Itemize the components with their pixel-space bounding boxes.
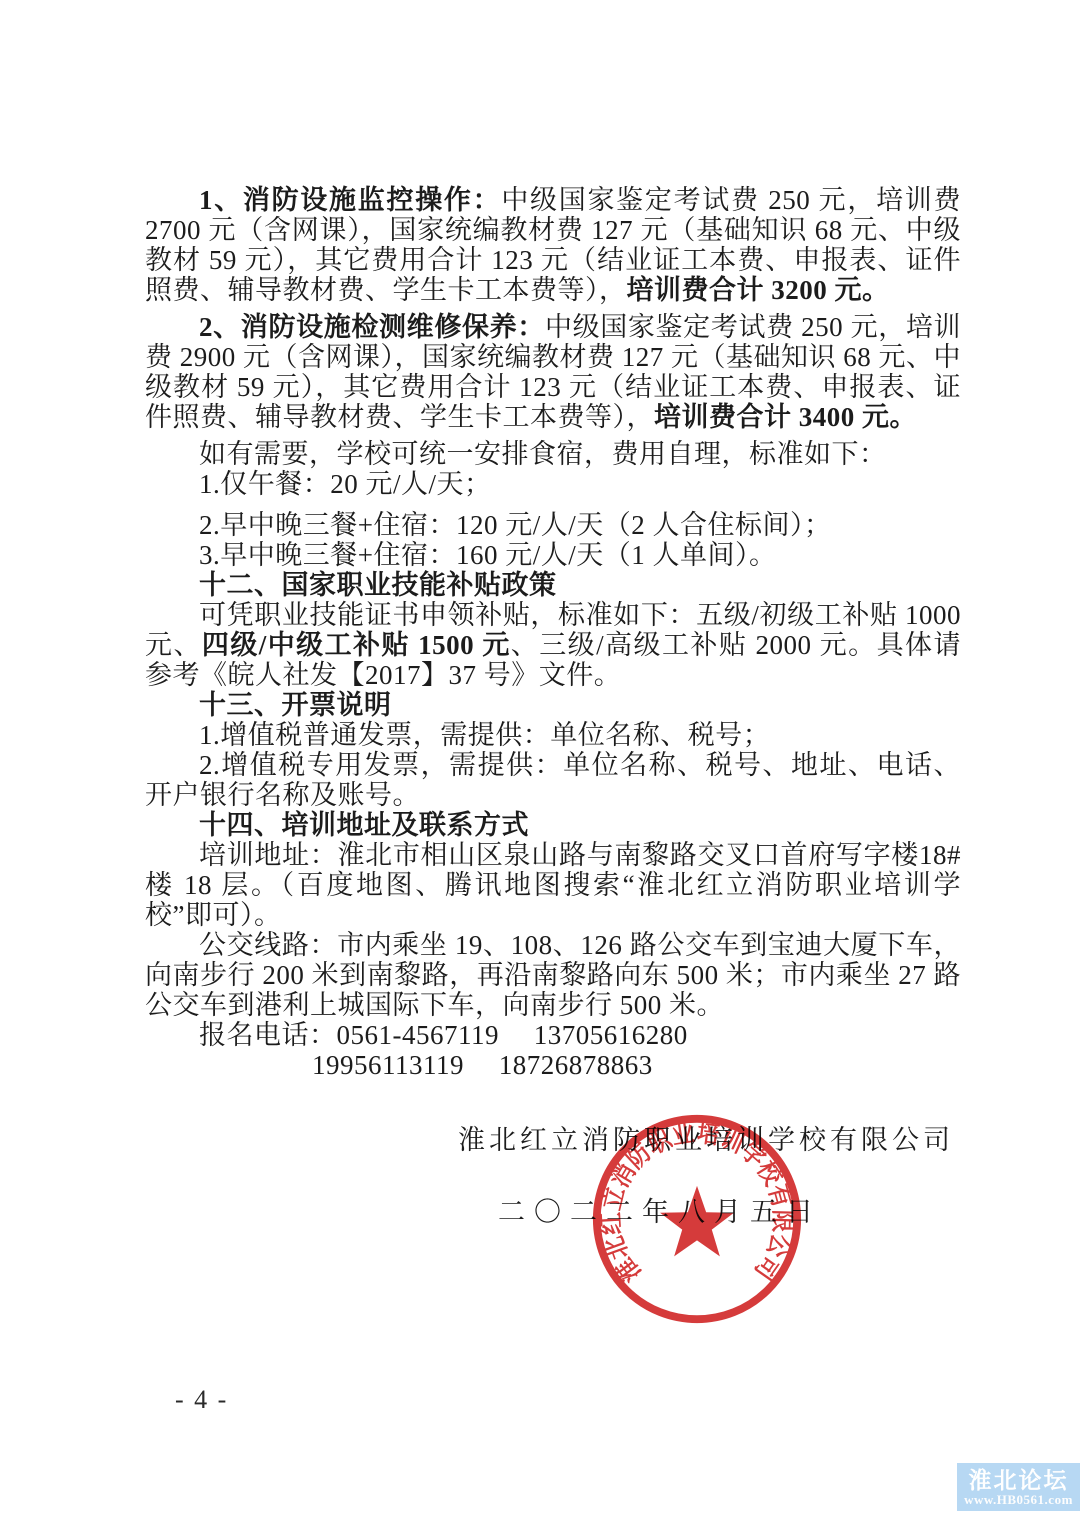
- board-item-2: 2.早中晚三餐+住宿：120 元/人/天（2 人合住标间）；: [145, 510, 961, 540]
- phone-line-1: 报名电话：0561-4567119 13705616280: [145, 1020, 961, 1050]
- text-run: 四级/中级工补贴 1500 元: [202, 630, 511, 660]
- page-number: - 4 -: [175, 1385, 228, 1415]
- signature-date: 二〇二二年八月五日: [145, 1197, 961, 1227]
- text-run: 如有需要，学校可统一安排食宿，费用自理，标准如下：: [199, 439, 887, 469]
- section-heading-14: 十四、培训地址及联系方式: [145, 810, 961, 840]
- fee-paragraph-2: 2、消防设施检测维修保养：中级国家鉴定考试费 250 元，培训费 2900 元（…: [145, 312, 961, 432]
- text-run: 3.早中晚三餐+住宿：160 元/人/天（1 人单间）。: [199, 540, 776, 570]
- invoice-item-2: 2.增值税专用发票，需提供：单位名称、税号、地址、电话、开户银行名称及账号。: [145, 750, 961, 810]
- address-paragraph: 培训地址：淮北市相山区泉山路与南黎路交叉口首府写字楼18#楼 18 层。（百度地…: [145, 840, 961, 930]
- stamp-star-icon: [660, 1186, 734, 1256]
- text-run: 培训费合计 3200 元。: [627, 275, 890, 305]
- watermark-title: 淮北论坛: [969, 1468, 1069, 1492]
- invoice-item-1: 1.增值税普通发票，需提供：单位名称、税号；: [145, 720, 961, 750]
- document-page: { "page": { "number_label": "- 4 -" }, "…: [0, 0, 1080, 1517]
- text-run: 1.仅午餐：20 元/人/天；: [199, 469, 492, 499]
- text-run: 1.增值税普通发票，需提供：单位名称、税号；: [199, 720, 770, 750]
- company-seal-stamp: 淮北红立消防职业培训学校有限公司: [590, 1112, 804, 1326]
- phone-line-2: 19956113119 18726878863: [145, 1050, 961, 1080]
- text-run: 2、消防设施检测维修保养：: [199, 312, 545, 342]
- text-run: 培训地址：淮北市相山区泉山路与南黎路交叉口首府写字楼18#楼 18 层。（百度地…: [145, 840, 961, 930]
- subsidy-paragraph: 可凭职业技能证书申领补贴，标准如下：五级/初级工补贴 1000 元、四级/中级工…: [145, 600, 961, 690]
- text-run: 2.早中晚三餐+住宿：120 元/人/天（2 人合住标间）；: [199, 510, 831, 540]
- text-run: 十四、培训地址及联系方式: [199, 810, 529, 840]
- section-heading-12: 十二、国家职业技能补贴政策: [145, 570, 961, 600]
- text-run: 培训费合计 3400 元。: [654, 402, 917, 432]
- text-run: 报名电话：0561-4567119 13705616280: [199, 1020, 688, 1050]
- stamp-svg: 淮北红立消防职业培训学校有限公司: [590, 1112, 804, 1326]
- signature-company: 淮北红立消防职业培训学校有限公司: [145, 1125, 961, 1155]
- fee-paragraph-1: 1、消防设施监控操作：中级国家鉴定考试费 250 元，培训费 2700 元（含网…: [145, 185, 961, 305]
- bus-route-paragraph: 公交线路：市内乘坐 19、108、126 路公交车到宝迪大厦下车，向南步行 20…: [145, 930, 961, 1020]
- text-run: 十二、国家职业技能补贴政策: [199, 570, 557, 600]
- board-item-1: 1.仅午餐：20 元/人/天；: [145, 469, 961, 499]
- text-run: 19956113119 18726878863: [312, 1050, 653, 1080]
- text-run: 公交线路：市内乘坐 19、108、126 路公交车到宝迪大厦下车，向南步行 20…: [145, 930, 961, 1020]
- board-intro-paragraph: 如有需要，学校可统一安排食宿，费用自理，标准如下：: [145, 439, 961, 469]
- text-run: 2.增值税专用发票，需提供：单位名称、税号、地址、电话、开户银行名称及账号。: [145, 750, 961, 810]
- text-run: 十三、开票说明: [199, 690, 392, 720]
- board-item-3: 3.早中晚三餐+住宿：160 元/人/天（1 人单间）。: [145, 540, 961, 570]
- watermark-url: www.HB0561.com: [964, 1492, 1073, 1507]
- text-run: 1、消防设施监控操作：: [199, 185, 501, 215]
- forum-watermark: 淮北论坛 www.HB0561.com: [957, 1463, 1080, 1511]
- document-body: 1、消防设施监控操作：中级国家鉴定考试费 250 元，培训费 2700 元（含网…: [145, 185, 961, 1227]
- section-heading-13: 十三、开票说明: [145, 690, 961, 720]
